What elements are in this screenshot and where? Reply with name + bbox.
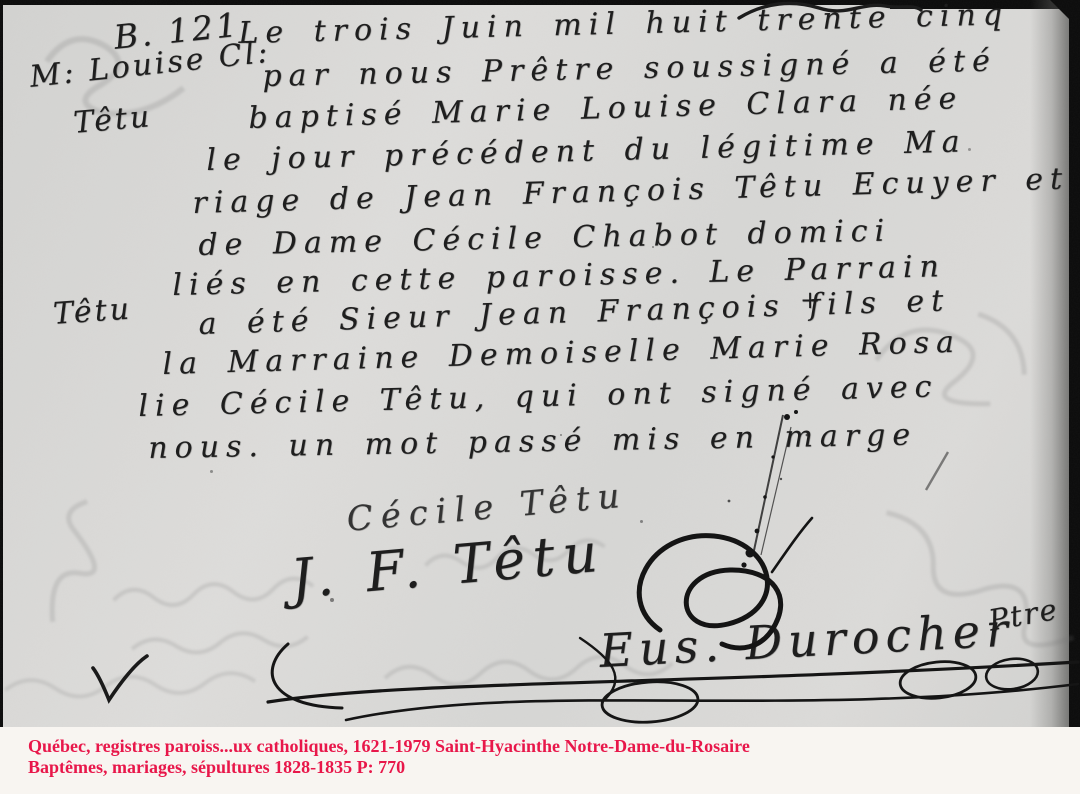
genealogy-image-viewer: B. 121 M: Louise Cl: Têtu Têtu Le trois … [0, 0, 1080, 794]
dust-speck [640, 520, 643, 523]
source-citation-bar: Québec, registres paroiss...ux catholiqu… [0, 727, 1080, 794]
citation-line-volume-page: Baptêmes, mariages, sépultures 1828-1835… [28, 757, 1080, 778]
dust-speck [470, 150, 473, 153]
check-mark [85, 648, 155, 706]
margin-note-inserted-word: Têtu [52, 292, 133, 332]
dust-speck [210, 470, 213, 473]
margin-note-surname: Têtu [72, 99, 154, 141]
ink-spray-blot [695, 405, 825, 580]
register-scan-image: B. 121 M: Louise Cl: Têtu Têtu Le trois … [0, 0, 1080, 727]
citation-line-collection: Québec, registres paroiss...ux catholiqu… [28, 736, 1080, 757]
dust-speck [652, 246, 654, 248]
signature-paraph [250, 628, 1080, 727]
scan-edge-left [0, 0, 3, 727]
dust-speck [968, 148, 971, 151]
dust-speck [560, 434, 562, 436]
insertion-cross-mark: + [800, 286, 820, 314]
scan-corner-top-right [1040, 0, 1080, 34]
record-line: Le trois Juin mil huit trente cinq [238, 0, 1009, 51]
bleed-through-ghost [0, 477, 152, 643]
stray-ink-mark [918, 448, 954, 494]
scan-edge-right [1069, 0, 1080, 727]
signature-jf-tetu: J. F. Têtu [288, 521, 608, 611]
dust-speck [330, 598, 334, 602]
